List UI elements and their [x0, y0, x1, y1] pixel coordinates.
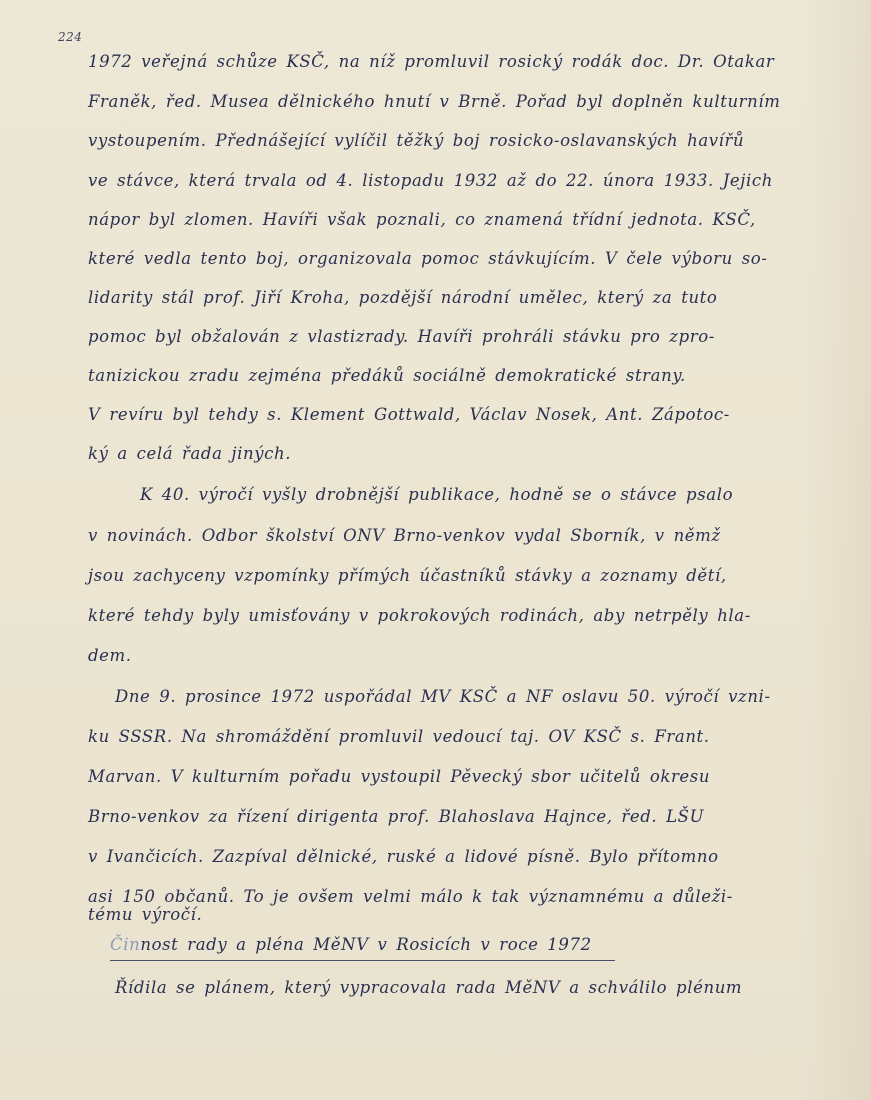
section-heading-text: nost rady a pléna MěNV v Rosicích v roce… — [140, 935, 591, 954]
text-line: nápor byl zlomen. Havíři však poznali, c… — [88, 210, 756, 229]
text-line: Franěk, řed. Musea dělnického hnutí v Br… — [88, 92, 781, 111]
text-line: Brno-venkov za řízení dirigenta prof. Bl… — [88, 807, 704, 826]
text-line: které tehdy byly umisťovány v pokrokovýc… — [88, 606, 751, 625]
text-line: tanizickou zradu zejména předáků sociáln… — [88, 366, 686, 385]
text-line: v Ivančicích. Zazpíval dělnické, ruské a… — [88, 847, 719, 866]
text-line: asi 150 občanů. To je ovšem velmi málo k… — [88, 887, 733, 906]
text-line: 1972 veřejná schůze KSČ, na níž promluvi… — [88, 52, 774, 71]
text-line: v novinách. Odbor školství ONV Brno-venk… — [88, 526, 721, 545]
manuscript-page: 224 1972 veřejná schůze KSČ, na níž prom… — [0, 0, 871, 1100]
text-line: ve stávce, která trvala od 4. listopadu … — [88, 171, 773, 190]
page-number: 224 — [58, 30, 82, 44]
text-line: Dne 9. prosince 1972 uspořádal MV KSČ a … — [115, 687, 771, 706]
text-line: jsou zachyceny vzpomínky přímých účastní… — [88, 566, 727, 585]
text-line: vystoupením. Přednášející vylíčil těžký … — [88, 131, 744, 150]
text-line: Řídila se plánem, který vypracovala rada… — [115, 978, 742, 997]
text-line: Marvan. V kulturním pořadu vystoupil Pěv… — [88, 767, 710, 786]
text-line: dem. — [88, 646, 132, 665]
text-line: které vedla tento boj, organizovala pomo… — [88, 249, 768, 268]
text-line: pomoc byl obžalován z vlastizrady. Havíř… — [88, 327, 715, 346]
text-line: K 40. výročí vyšly drobnější publikace, … — [140, 485, 733, 504]
text-line: V revíru byl tehdy s. Klement Gottwald, … — [88, 405, 730, 424]
text-line: ku SSSR. Na shromáždění promluvil vedouc… — [88, 727, 710, 746]
text-line: ký a celá řada jiných. — [88, 444, 291, 463]
text-line: lidarity stál prof. Jiří Kroha, pozdější… — [88, 288, 717, 307]
section-heading-faded: Čin — [110, 935, 140, 954]
text-line: tému výročí. — [88, 905, 202, 924]
section-heading: Činnost rady a pléna MěNV v Rosicích v r… — [110, 935, 615, 961]
